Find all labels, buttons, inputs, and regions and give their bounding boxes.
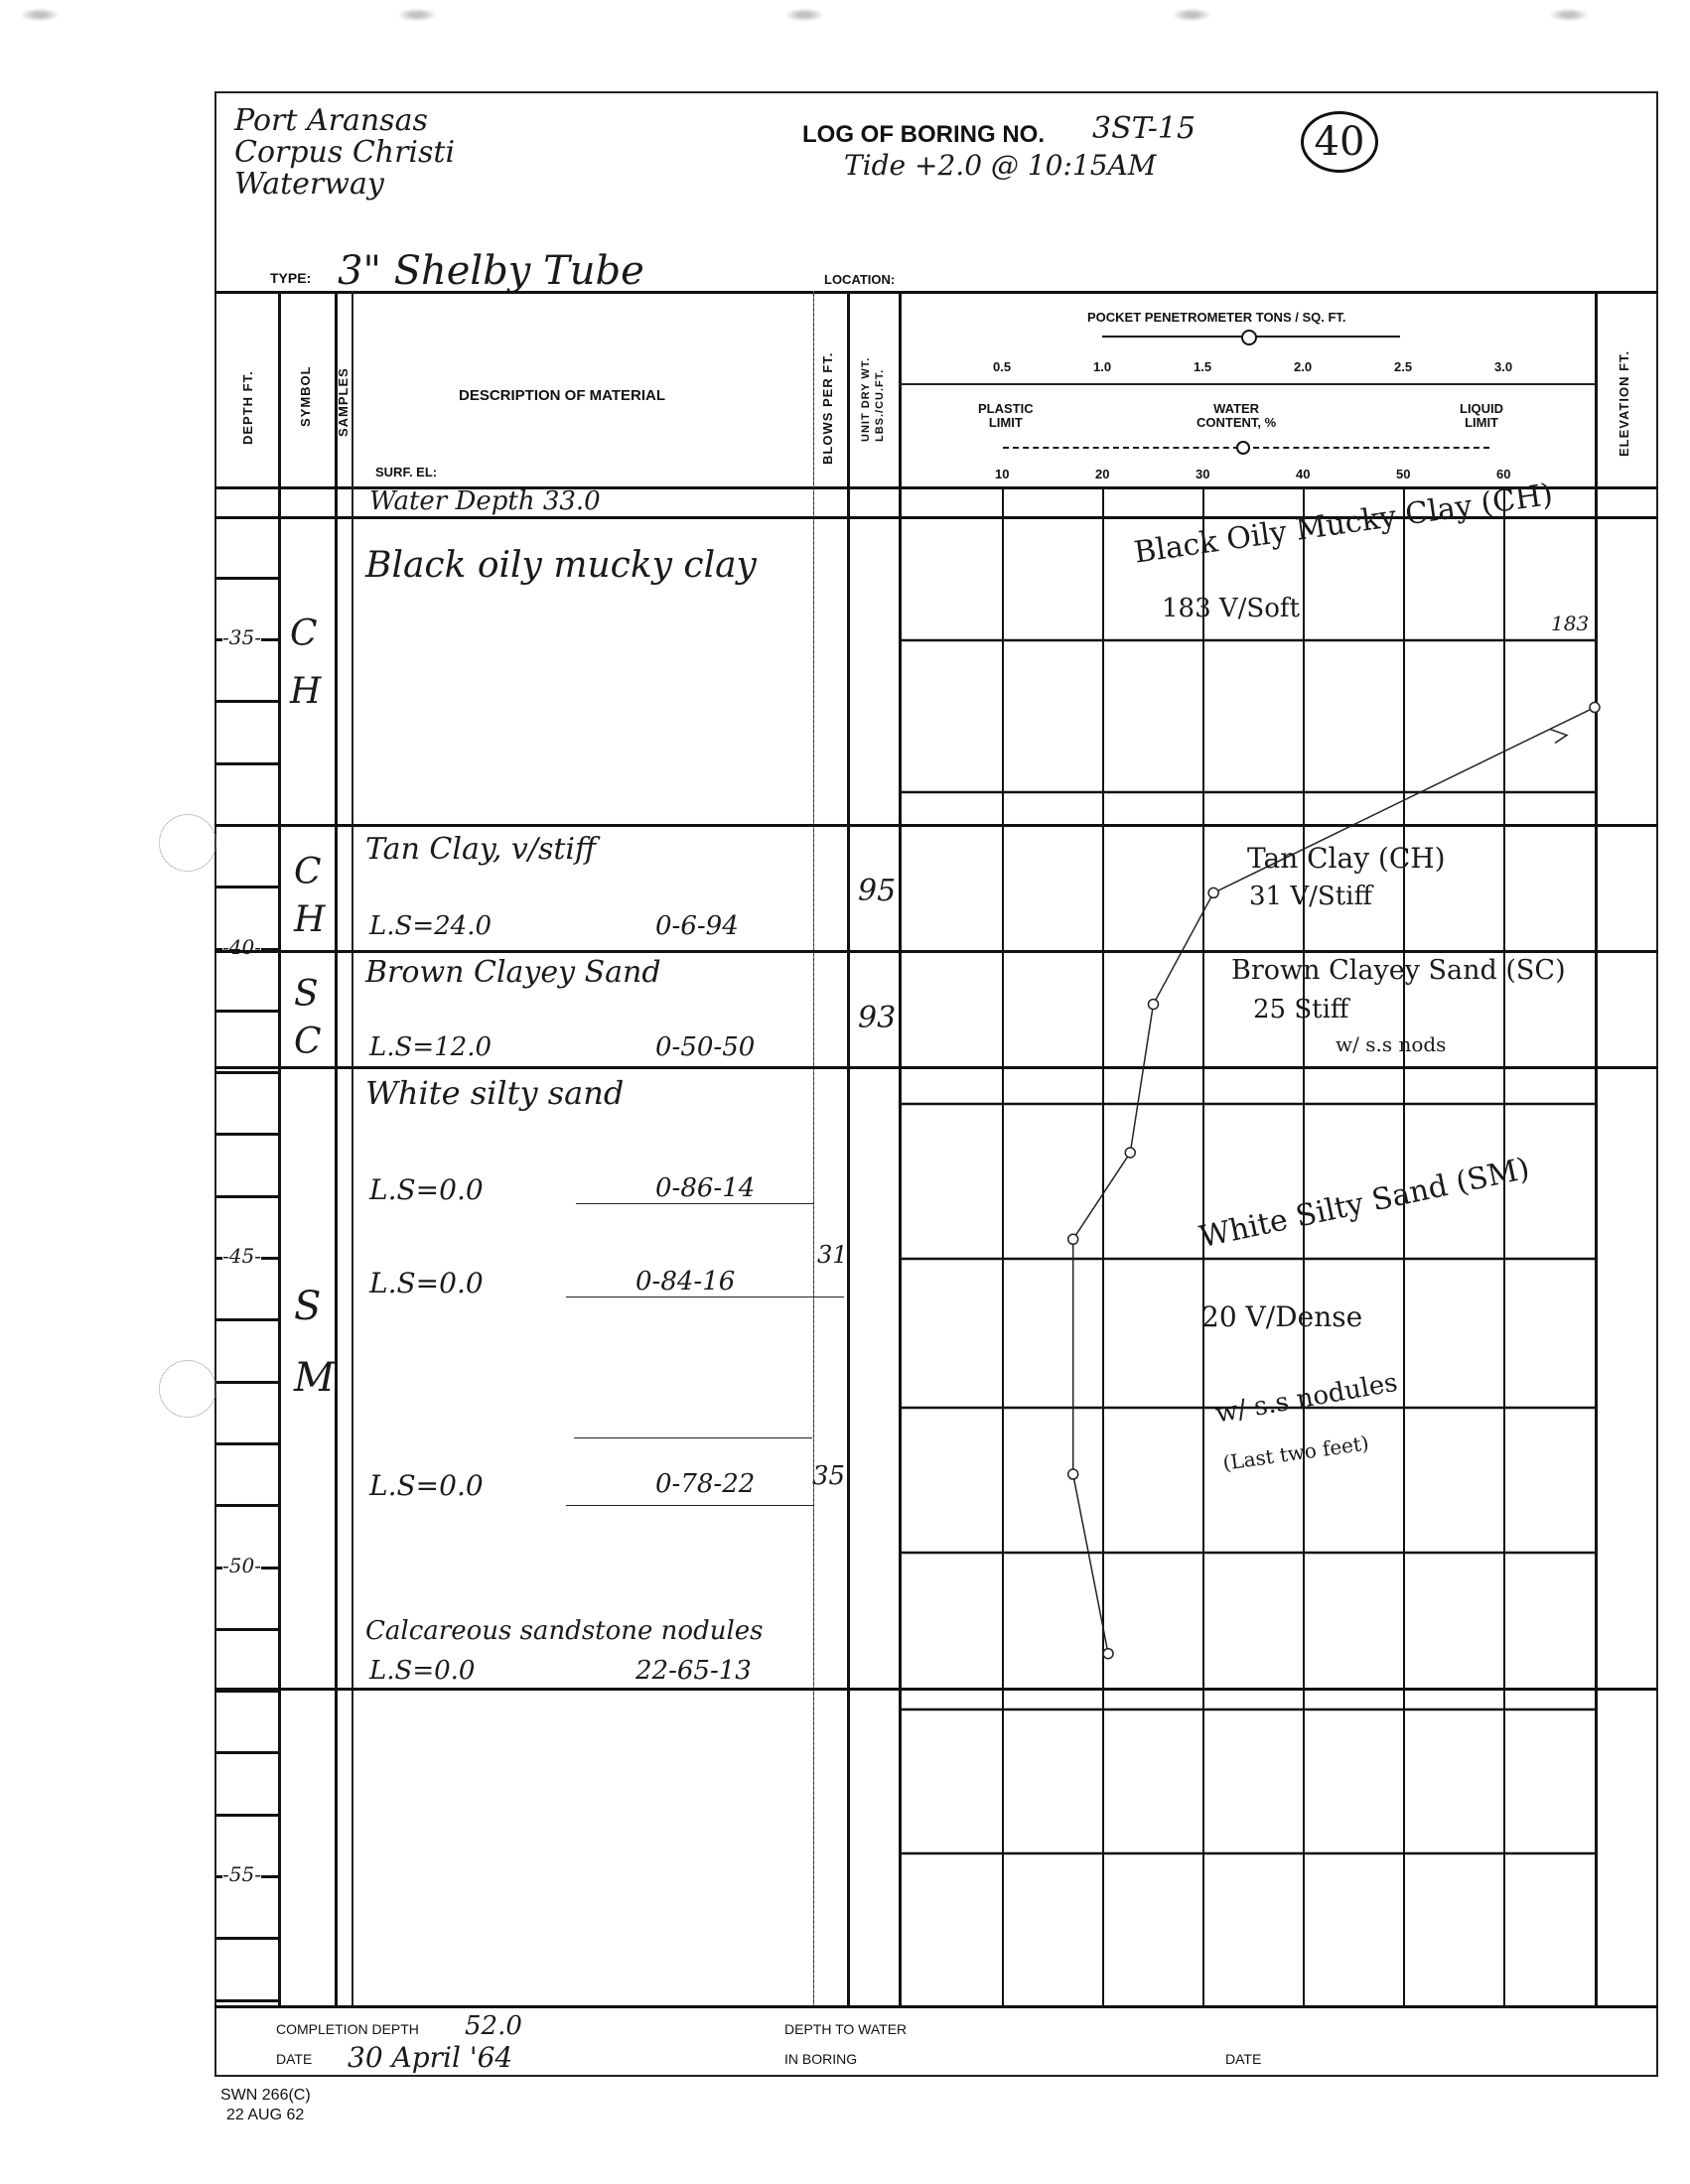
date-label: DATE [276,2051,312,2067]
depth-to-water-label: IN BORING [784,2051,857,2067]
chart-note: Brown Clayey Sand (SC) [1231,955,1566,986]
chart-note: 31 V/Stiff [1249,882,1372,911]
chart-note: 25 Stiff [1253,995,1348,1024]
form-date: 22 AUG 62 [226,2107,304,2124]
chart-note: 183 V/Soft [1162,594,1300,623]
chart-note: Tan Clay (CH) [1247,842,1446,875]
depth-to-water-label: DEPTH TO WATER [784,2021,907,2037]
completion-depth-label: COMPLETION DEPTH [276,2021,419,2037]
form-id: SWN 266(C) [220,2087,311,2105]
off-chart-value: 183 [1551,612,1589,635]
water-content-chart [0,0,1690,2184]
completion-depth-value: 52.0 [465,2011,522,2041]
water-date-label: DATE [1225,2051,1261,2067]
chart-note: 20 V/Dense [1201,1300,1362,1333]
date-value: 30 April '64 [348,2041,512,2074]
chart-note: w/ s.s nods [1336,1032,1446,1056]
